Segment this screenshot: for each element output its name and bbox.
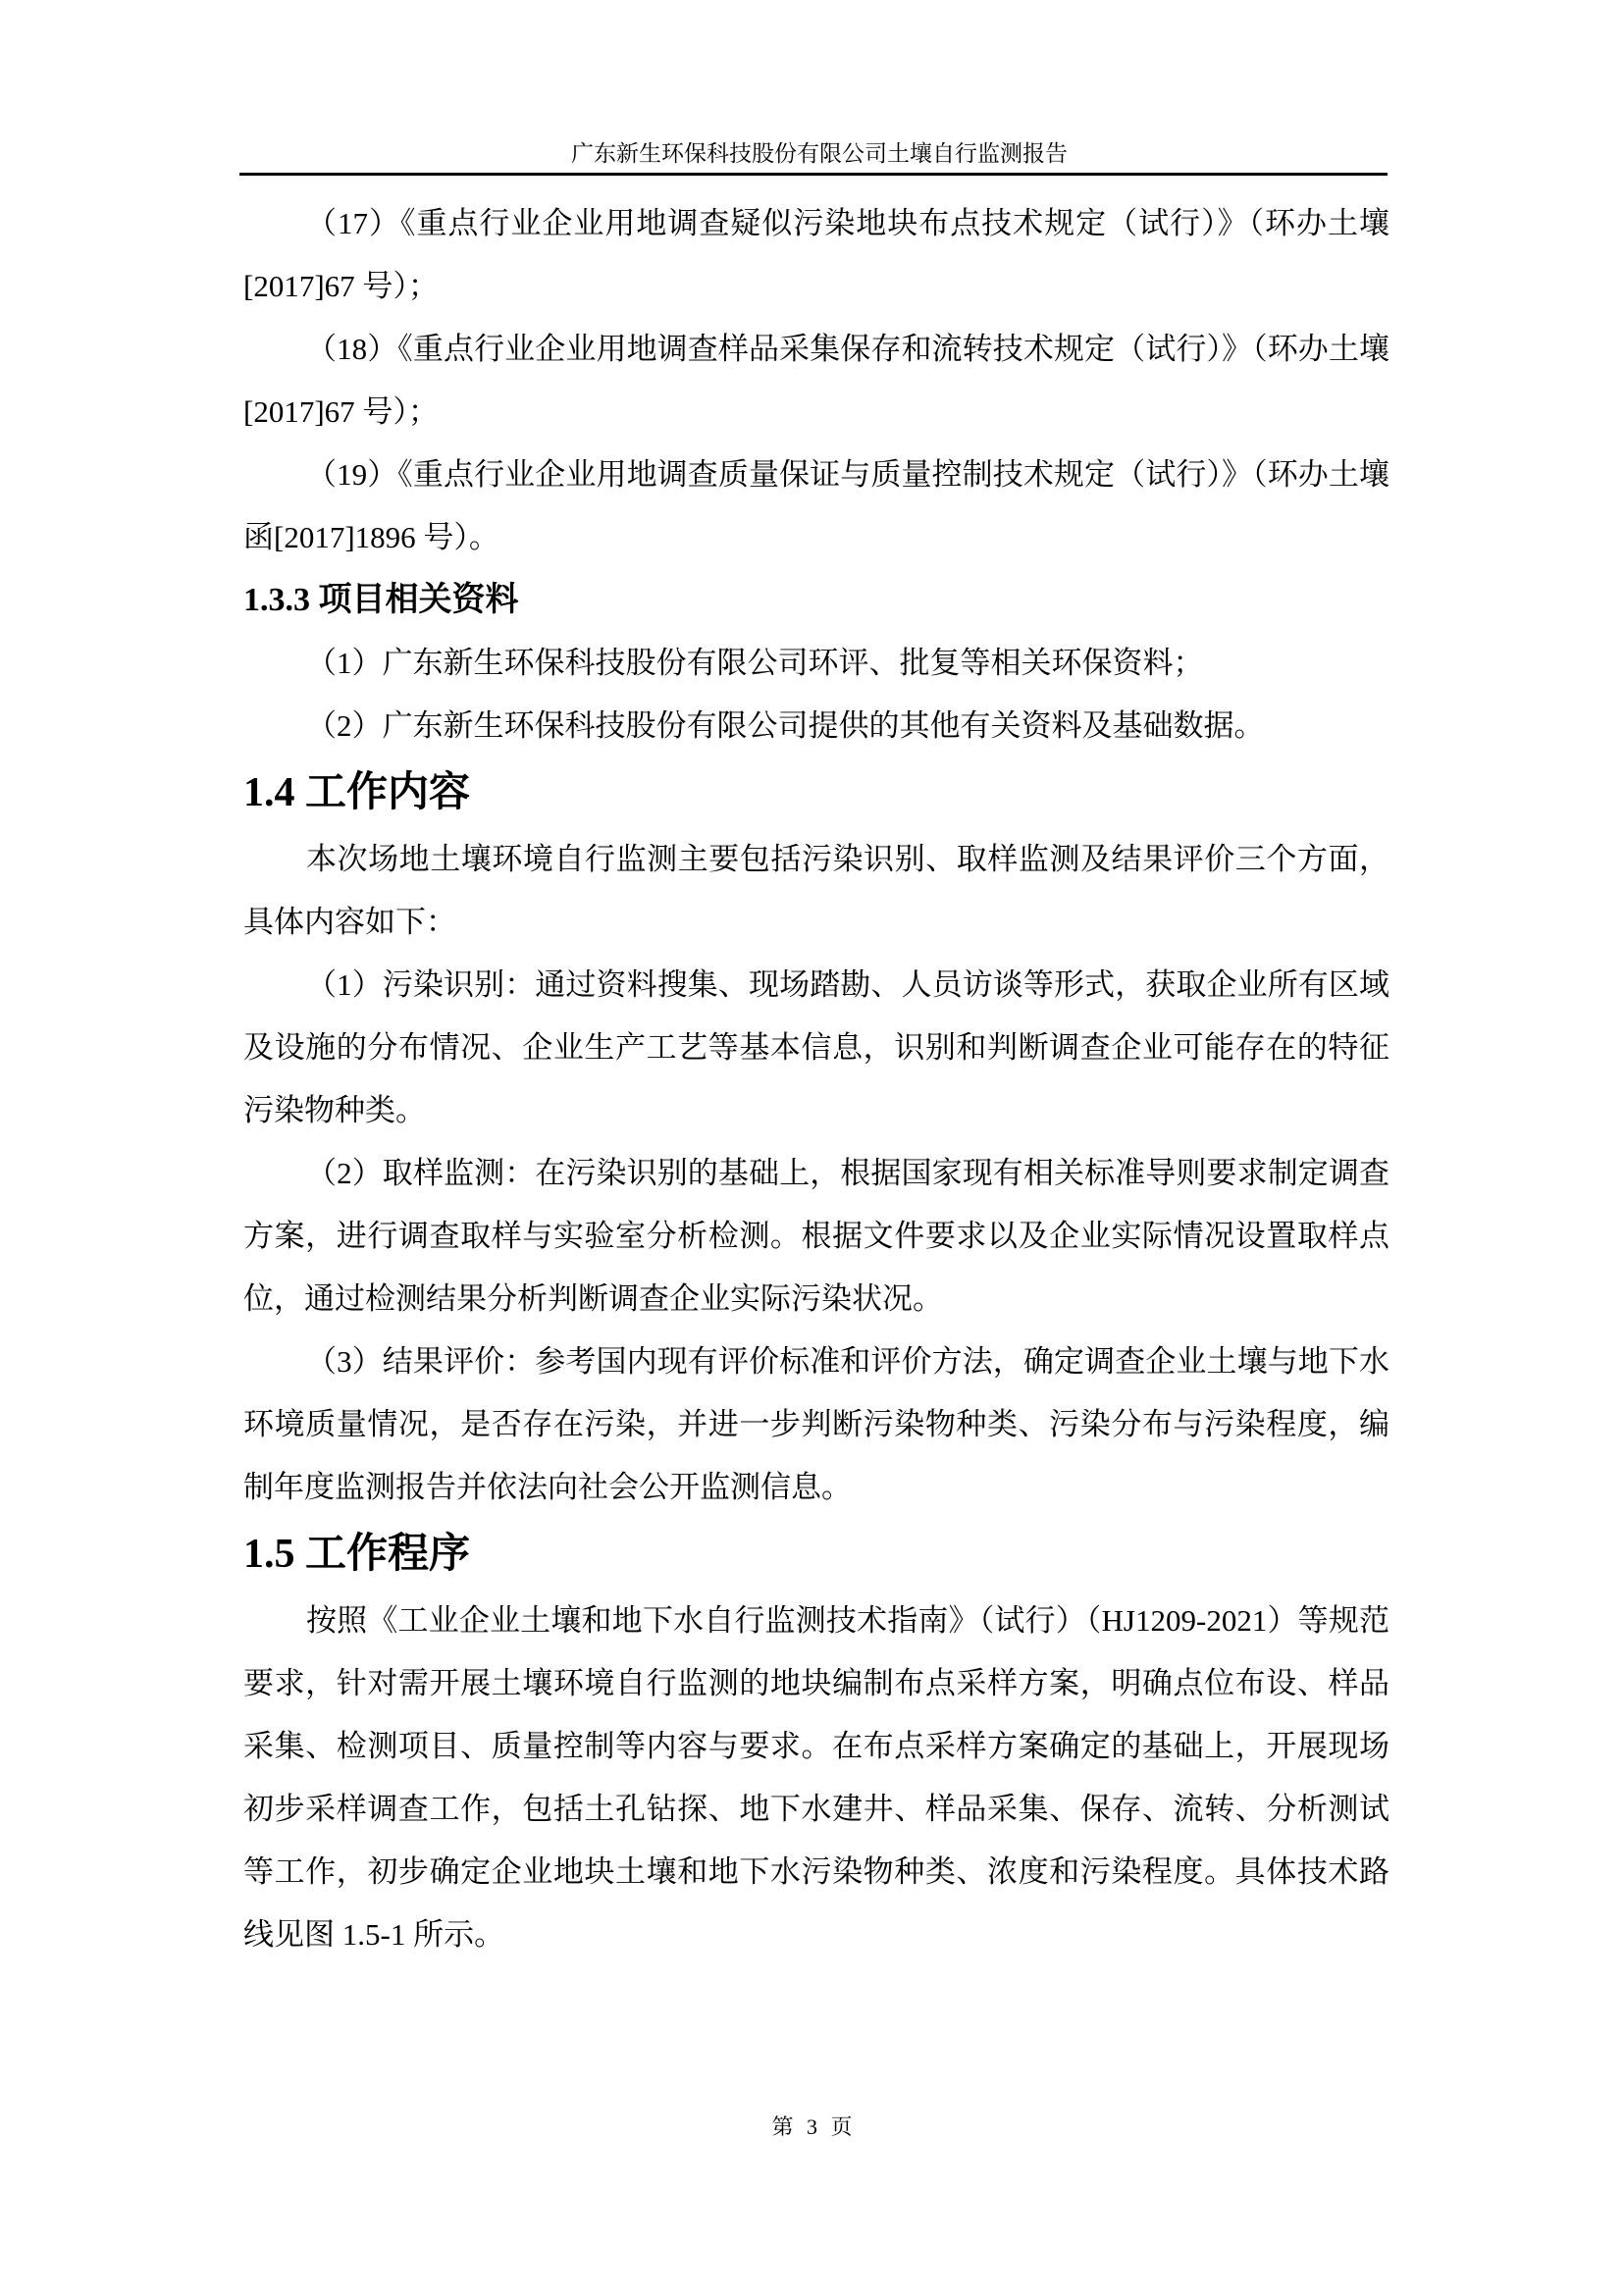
page-number-footer: 第 3 页: [0, 2113, 1624, 2141]
page-prefix: 第: [771, 2114, 793, 2139]
project-material-item: （2）广东新生环保科技股份有限公司提供的其他有关资料及基础数据。: [243, 695, 1389, 757]
running-header: 广东新生环保科技股份有限公司土壤自行监测报告: [245, 139, 1393, 169]
work-content-item: （2）取样监测：在污染识别的基础上，根据国家现有相关标准导则要求制定调查方案，进…: [243, 1142, 1389, 1330]
reference-item-19: （19）《重点行业企业用地调查质量保证与质量控制技术规定（试行）》（环办土壤函[…: [243, 443, 1389, 569]
section-heading-1-4: 1.4 工作内容: [243, 759, 1389, 826]
reference-item-18: （18）《重点行业企业用地调查样品采集保存和流转技术规定（试行）》（环办土壤[2…: [243, 318, 1389, 443]
work-procedure-body: 按照《工业企业土壤和地下水自行监测技术指南》（试行）（HJ1209-2021）等…: [243, 1590, 1389, 1966]
reference-item-17: （17）《重点行业企业用地调查疑似污染地块布点技术规定（试行）》（环办土壤[20…: [243, 192, 1389, 318]
work-content-intro: 本次场地土壤环境自行监测主要包括污染识别、取样监测及结果评价三个方面，具体内容如…: [243, 828, 1389, 954]
section-heading-1-5: 1.5 工作程序: [243, 1521, 1389, 1588]
page-body: （17）《重点行业企业用地调查疑似污染地块布点技术规定（试行）》（环办土壤[20…: [243, 192, 1389, 1966]
project-material-item: （1）广东新生环保科技股份有限公司环评、批复等相关环保资料；: [243, 632, 1389, 695]
header-divider: [239, 173, 1388, 176]
work-content-item: （1）污染识别：通过资料搜集、现场踏勘、人员访谈等形式，获取企业所有区域及设施的…: [243, 954, 1389, 1142]
section-heading-1-3-3: 1.3.3 项目相关资料: [243, 569, 1389, 632]
work-content-item: （3）结果评价：参考国内现有评价标准和评价方法，确定调查企业土壤与地下水环境质量…: [243, 1330, 1389, 1519]
page-suffix: 页: [831, 2114, 853, 2139]
page-number: 3: [807, 2114, 817, 2139]
